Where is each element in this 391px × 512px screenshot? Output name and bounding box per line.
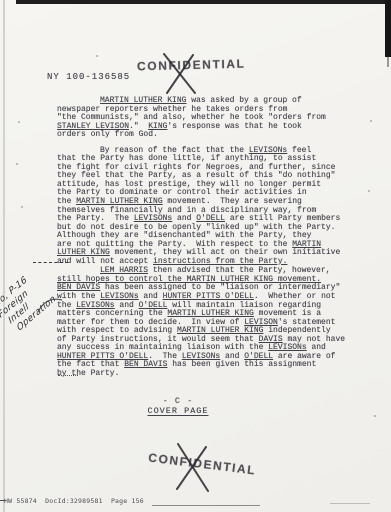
scan-speck xyxy=(96,55,98,57)
paragraph: MARTIN LUTHER KING was asked by a group … xyxy=(57,97,353,140)
scan-speck xyxy=(18,121,20,123)
scan-edge-top xyxy=(16,0,391,4)
scan-speck xyxy=(21,206,23,208)
text-line: and will not accept instructions from th… xyxy=(57,258,353,267)
cover-page-footer: - C - COVER PAGE xyxy=(130,396,226,416)
footer-rule xyxy=(152,505,260,506)
scan-speck xyxy=(368,190,370,192)
scan-edge-right xyxy=(385,0,391,57)
footer-rule-right xyxy=(330,503,370,504)
scan-speck xyxy=(374,415,376,417)
scan-speck xyxy=(16,163,18,165)
scan-speck xyxy=(370,120,372,122)
paragraph: LEM HARRIS then advised that the Party, … xyxy=(57,267,353,378)
cross-out-x-bottom xyxy=(172,441,212,495)
cross-out-x-top xyxy=(160,51,200,96)
scan-edge-left xyxy=(3,0,5,512)
typewritten-body: MARTIN LUTHER KING was asked by a group … xyxy=(57,97,353,379)
document-id-footer: HW 55874 DocId:32989581 Page 156 xyxy=(4,497,144,505)
pen-dot-mark xyxy=(58,375,78,376)
scanned-document-page: NY 100-136585 CONFIDENTIAL MARTIN LUTHER… xyxy=(0,0,391,512)
text-line: by the Party. xyxy=(57,370,353,379)
text-line: orders only from God. xyxy=(57,131,353,140)
file-number: NY 100-136585 xyxy=(47,72,130,82)
section-label: - C - xyxy=(130,396,226,406)
scan-edge-right-tail xyxy=(387,57,389,67)
paragraph: By reason of the fact that the LEVISONs … xyxy=(57,147,353,267)
cover-page-label: COVER PAGE xyxy=(130,406,226,416)
